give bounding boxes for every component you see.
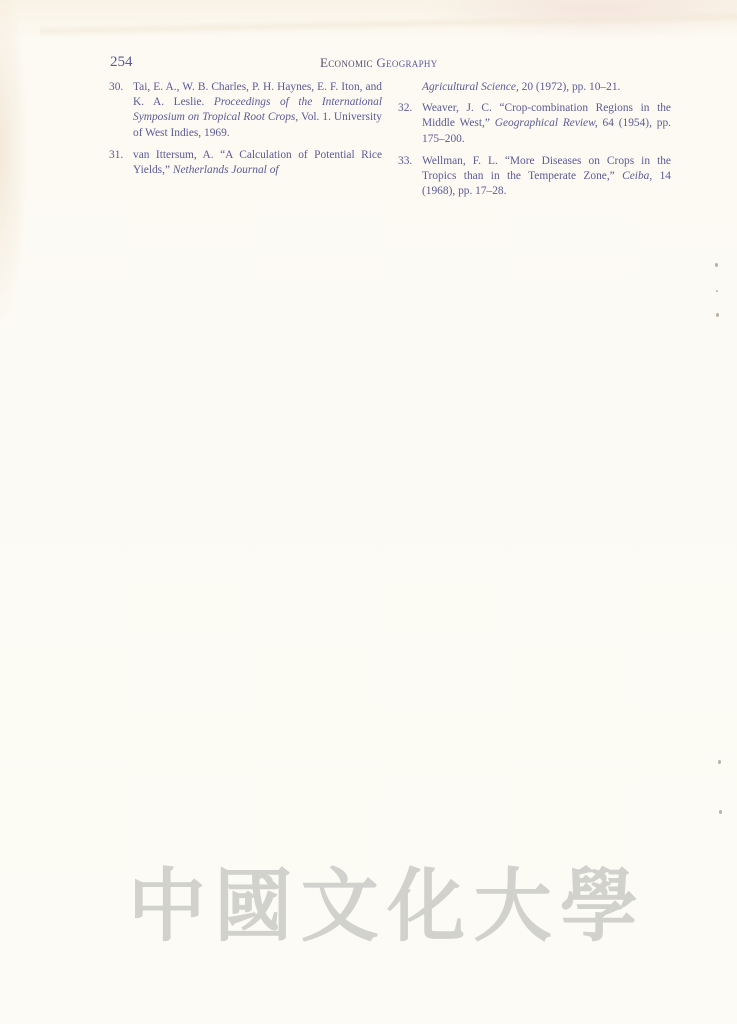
watermark-char: 文 xyxy=(301,843,379,957)
reference-text: van Ittersum, A. “A Calculation of Poten… xyxy=(133,149,382,176)
paper-speck xyxy=(715,263,718,267)
reference-item: 30. Tai, E. A., W. B. Charles, P. H. Hay… xyxy=(109,80,382,141)
reference-number: 30. xyxy=(109,80,123,95)
reference-number: 32. xyxy=(398,101,412,116)
italic-title: Agricultural Science, xyxy=(422,81,519,93)
reference-text: Agricultural Science, 20 (1972), pp. 10–… xyxy=(422,81,620,93)
references-left-column: 30. Tai, E. A., W. B. Charles, P. H. Hay… xyxy=(109,80,382,185)
journal-title-first: Economic xyxy=(320,55,373,70)
italic-title: Netherlands Journal of xyxy=(173,164,279,176)
paper-speck xyxy=(719,810,722,814)
reference-continuation: Agricultural Science, 20 (1972), pp. 10–… xyxy=(398,80,671,95)
journal-title-second: Geography xyxy=(376,55,437,70)
references-right-column: Agricultural Science, 20 (1972), pp. 10–… xyxy=(398,80,671,206)
paper-speck xyxy=(718,760,721,764)
watermark-char: 國 xyxy=(214,843,292,957)
page-number: 254 xyxy=(110,54,133,71)
reference-item: 31. van Ittersum, A. “A Calculation of P… xyxy=(109,148,382,178)
italic-title: Ceiba, xyxy=(622,170,652,182)
paper-speck xyxy=(716,313,719,317)
running-head: 254 Economic Geography xyxy=(110,54,672,74)
watermark-char: 中 xyxy=(128,843,206,957)
italic-title: Geographical Review, xyxy=(495,117,598,129)
reference-text: Wellman, F. L. “More Diseases on Crops i… xyxy=(422,155,671,197)
paper-speck xyxy=(716,290,718,292)
journal-title: Economic Geography xyxy=(320,55,438,71)
reference-item: 33. Wellman, F. L. “More Diseases on Cro… xyxy=(398,154,671,200)
reference-text: Weaver, J. C. “Crop-combination Regions … xyxy=(422,102,671,144)
watermark-char: 學 xyxy=(560,843,638,957)
reference-number: 33. xyxy=(398,154,412,169)
watermark-char: 化 xyxy=(387,843,465,957)
reference-item: 32. Weaver, J. C. “Crop-combination Regi… xyxy=(398,101,671,147)
watermark-char: 大 xyxy=(474,843,552,957)
university-watermark: 中 國 文 化 大 學 xyxy=(128,850,638,950)
reference-segment: 20 (1972), pp. 10–21. xyxy=(519,81,621,93)
reference-number: 31. xyxy=(109,148,123,163)
reference-text: Tai, E. A., W. B. Charles, P. H. Haynes,… xyxy=(133,81,382,139)
